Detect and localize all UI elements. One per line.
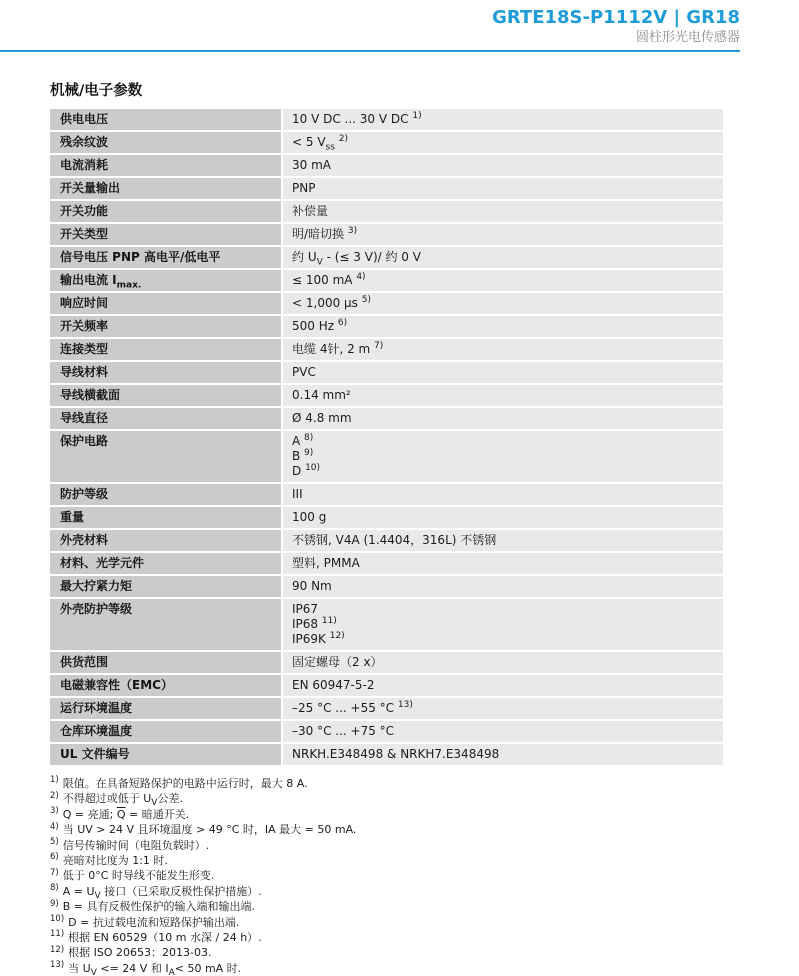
row-value: 塑料, PMMA [283, 553, 723, 574]
row-value-line: IP67 [292, 602, 714, 617]
row-value: 不锈钢, V4A (1.4404，316L) 不锈钢 [283, 530, 723, 551]
table-row: 连接类型电缆 4针, 2 m 7) [50, 339, 723, 360]
row-value: A 8)B 9)D 10) [283, 431, 723, 482]
row-label: 输出电流 Imax. [50, 270, 281, 291]
table-row: 信号电压 PNP 高电平/低电平约 UV - (≤ 3 V)/ 约 0 V [50, 247, 723, 268]
row-value: 30 mA [283, 155, 723, 176]
row-value-line: PNP [292, 181, 714, 196]
row-value-line: 10 V DC ... 30 V DC 1) [292, 112, 714, 127]
row-label: 电流消耗 [50, 155, 281, 176]
row-label: 连接类型 [50, 339, 281, 360]
content-area: 机械/电子参数 供电电压10 V DC ... 30 V DC 1)残余纹波< … [50, 79, 723, 976]
table-row: 响应时间< 1,000 µs 5) [50, 293, 723, 314]
table-row: 电流消耗30 mA [50, 155, 723, 176]
section-title: 机械/电子参数 [50, 79, 723, 100]
row-value: –30 °C ... +75 °C [283, 721, 723, 742]
table-row: 导线直径Ø 4.8 mm [50, 408, 723, 429]
table-row: 外壳材料不锈钢, V4A (1.4404，316L) 不锈钢 [50, 530, 723, 551]
row-value-line: < 1,000 µs 5) [292, 296, 714, 311]
row-label: 保护电路 [50, 431, 281, 482]
row-value-line: 固定螺母（2 x） [292, 655, 714, 670]
footnote-marker: 13) [50, 960, 64, 970]
row-label: 防护等级 [50, 484, 281, 505]
footnote: 13)当 UV <= 24 V 和 IA< 50 mA 时. [50, 961, 723, 976]
table-row: 防护等级III [50, 484, 723, 505]
row-value-line: III [292, 487, 714, 502]
footnote: 4)当 UV > 24 V 且环境温度 > 49 °C 时，IA 最大 = 50… [50, 822, 723, 837]
row-value-line: ≤ 100 mA 4) [292, 273, 714, 288]
row-label: 仓库环境温度 [50, 721, 281, 742]
row-label: 导线材料 [50, 362, 281, 383]
footnote: 12)根据 ISO 20653：2013-03. [50, 945, 723, 960]
footnote: 3)Q = 亮通; Q = 暗通开关. [50, 807, 723, 822]
row-value-line: 明/暗切换 3) [292, 227, 714, 242]
footnote-marker: 11) [50, 929, 64, 939]
row-label: 开关频率 [50, 316, 281, 337]
row-value: PVC [283, 362, 723, 383]
product-subtitle: 圆柱形光电传感器 [0, 29, 799, 46]
row-value: 500 Hz 6) [283, 316, 723, 337]
footnote-marker: 5) [50, 837, 59, 847]
footnote: 10)D = 抗过载电流和短路保护输出端. [50, 915, 723, 930]
row-value-line: 30 mA [292, 158, 714, 173]
row-value-line: Ø 4.8 mm [292, 411, 714, 426]
table-row: 外壳防护等级IP67IP68 11)IP69K 12) [50, 599, 723, 650]
table-row: 开关频率500 Hz 6) [50, 316, 723, 337]
row-value-line: D 10) [292, 464, 714, 479]
row-value: 10 V DC ... 30 V DC 1) [283, 109, 723, 130]
footnote: 11)根据 EN 60529（10 m 水深 / 24 h）. [50, 930, 723, 945]
page-header: GRTE18S-P1112V | GR18 圆柱形光电传感器 [0, 0, 799, 52]
spec-table: 供电电压10 V DC ... 30 V DC 1)残余纹波< 5 Vss 2)… [50, 109, 723, 765]
row-value: 补偿量 [283, 201, 723, 222]
row-value: < 5 Vss 2) [283, 132, 723, 153]
footnote-marker: 3) [50, 806, 59, 816]
table-row: 开关功能补偿量 [50, 201, 723, 222]
table-row: 导线材料PVC [50, 362, 723, 383]
footnote-marker: 2) [50, 791, 59, 801]
row-value-line: B 9) [292, 449, 714, 464]
row-value: 约 UV - (≤ 3 V)/ 约 0 V [283, 247, 723, 268]
row-value: III [283, 484, 723, 505]
product-title: GRTE18S-P1112V | GR18 [0, 7, 799, 28]
footnote-marker: 7) [50, 868, 59, 878]
row-value: ≤ 100 mA 4) [283, 270, 723, 291]
datasheet-page: GRTE18S-P1112V | GR18 圆柱形光电传感器 机械/电子参数 供… [0, 0, 799, 976]
row-label: 开关类型 [50, 224, 281, 245]
row-value-line: A 8) [292, 434, 714, 449]
row-value-line: < 5 Vss 2) [292, 135, 714, 150]
footnote-marker: 1) [50, 775, 59, 785]
row-value-line: 500 Hz 6) [292, 319, 714, 334]
row-label: 开关功能 [50, 201, 281, 222]
row-label: 电磁兼容性（EMC） [50, 675, 281, 696]
row-value-line: 塑料, PMMA [292, 556, 714, 571]
table-row: 供电电压10 V DC ... 30 V DC 1) [50, 109, 723, 130]
row-value: IP67IP68 11)IP69K 12) [283, 599, 723, 650]
row-value-line: IP69K 12) [292, 632, 714, 647]
footnote-marker: 10) [50, 914, 64, 924]
row-value-line: 90 Nm [292, 579, 714, 594]
row-value: –25 °C ... +55 °C 13) [283, 698, 723, 719]
row-value-line: NRKH.E348498 & NRKH7.E348498 [292, 747, 714, 762]
table-row: 仓库环境温度–30 °C ... +75 °C [50, 721, 723, 742]
row-value-line: PVC [292, 365, 714, 380]
row-value-line: 补偿量 [292, 204, 714, 219]
footnote: 1)限值。在具备短路保护的电路中运行时，最大 8 A. [50, 776, 723, 791]
row-value: EN 60947-5-2 [283, 675, 723, 696]
row-label: 外壳防护等级 [50, 599, 281, 650]
row-value-line: 电缆 4针, 2 m 7) [292, 342, 714, 357]
row-value: Ø 4.8 mm [283, 408, 723, 429]
row-value-line: 不锈钢, V4A (1.4404，316L) 不锈钢 [292, 533, 714, 548]
table-row: 电磁兼容性（EMC）EN 60947-5-2 [50, 675, 723, 696]
row-label: 材料、光学元件 [50, 553, 281, 574]
footnote-marker: 12) [50, 945, 64, 955]
row-value-line: 约 UV - (≤ 3 V)/ 约 0 V [292, 250, 714, 265]
footnote-marker: 8) [50, 883, 59, 893]
footnote: 5)信号传输时间（电阻负载时）. [50, 838, 723, 853]
row-label: 开关量输出 [50, 178, 281, 199]
table-row: 运行环境温度–25 °C ... +55 °C 13) [50, 698, 723, 719]
table-row: 供货范围固定螺母（2 x） [50, 652, 723, 673]
row-value: 电缆 4针, 2 m 7) [283, 339, 723, 360]
footnote: 7)低于 0°C 时导线不能发生形变. [50, 868, 723, 883]
row-label: 重量 [50, 507, 281, 528]
footnote-marker: 4) [50, 822, 59, 832]
footnote-marker: 6) [50, 852, 59, 862]
table-row: 开关类型明/暗切换 3) [50, 224, 723, 245]
row-value: 100 g [283, 507, 723, 528]
footnote: 2)不得超过或低于 UV公差. [50, 791, 723, 806]
row-label: 信号电压 PNP 高电平/低电平 [50, 247, 281, 268]
table-row: 导线横截面0.14 mm² [50, 385, 723, 406]
row-value-line: IP68 11) [292, 617, 714, 632]
table-row: 输出电流 Imax.≤ 100 mA 4) [50, 270, 723, 291]
footnotes: 1)限值。在具备短路保护的电路中运行时，最大 8 A.2)不得超过或低于 UV公… [50, 776, 723, 976]
row-label: 运行环境温度 [50, 698, 281, 719]
row-label: 供货范围 [50, 652, 281, 673]
row-value-line: –30 °C ... +75 °C [292, 724, 714, 739]
footnote: 8)A = UV 接口（已采取反极性保护措施）. [50, 884, 723, 899]
row-label: UL 文件编号 [50, 744, 281, 765]
footnote-marker: 9) [50, 899, 59, 909]
footnote: 9)B = 具有反极性保护的输入端和输出端. [50, 899, 723, 914]
row-value: 90 Nm [283, 576, 723, 597]
row-value: 固定螺母（2 x） [283, 652, 723, 673]
row-label: 导线横截面 [50, 385, 281, 406]
row-value: 0.14 mm² [283, 385, 723, 406]
row-label: 外壳材料 [50, 530, 281, 551]
header-divider [0, 50, 740, 52]
row-value: 明/暗切换 3) [283, 224, 723, 245]
row-value-line: –25 °C ... +55 °C 13) [292, 701, 714, 716]
table-row: UL 文件编号NRKH.E348498 & NRKH7.E348498 [50, 744, 723, 765]
row-value-line: 100 g [292, 510, 714, 525]
row-label: 最大拧紧力矩 [50, 576, 281, 597]
table-row: 开关量输出PNP [50, 178, 723, 199]
table-row: 重量100 g [50, 507, 723, 528]
row-value: NRKH.E348498 & NRKH7.E348498 [283, 744, 723, 765]
row-value-line: EN 60947-5-2 [292, 678, 714, 693]
row-value: < 1,000 µs 5) [283, 293, 723, 314]
table-row: 材料、光学元件塑料, PMMA [50, 553, 723, 574]
row-label: 导线直径 [50, 408, 281, 429]
row-label: 残余纹波 [50, 132, 281, 153]
table-row: 残余纹波< 5 Vss 2) [50, 132, 723, 153]
footnote: 6)亮暗对比度为 1:1 时. [50, 853, 723, 868]
row-value-line: 0.14 mm² [292, 388, 714, 403]
row-label: 响应时间 [50, 293, 281, 314]
row-value: PNP [283, 178, 723, 199]
row-label: 供电电压 [50, 109, 281, 130]
table-row: 最大拧紧力矩90 Nm [50, 576, 723, 597]
table-row: 保护电路A 8)B 9)D 10) [50, 431, 723, 482]
